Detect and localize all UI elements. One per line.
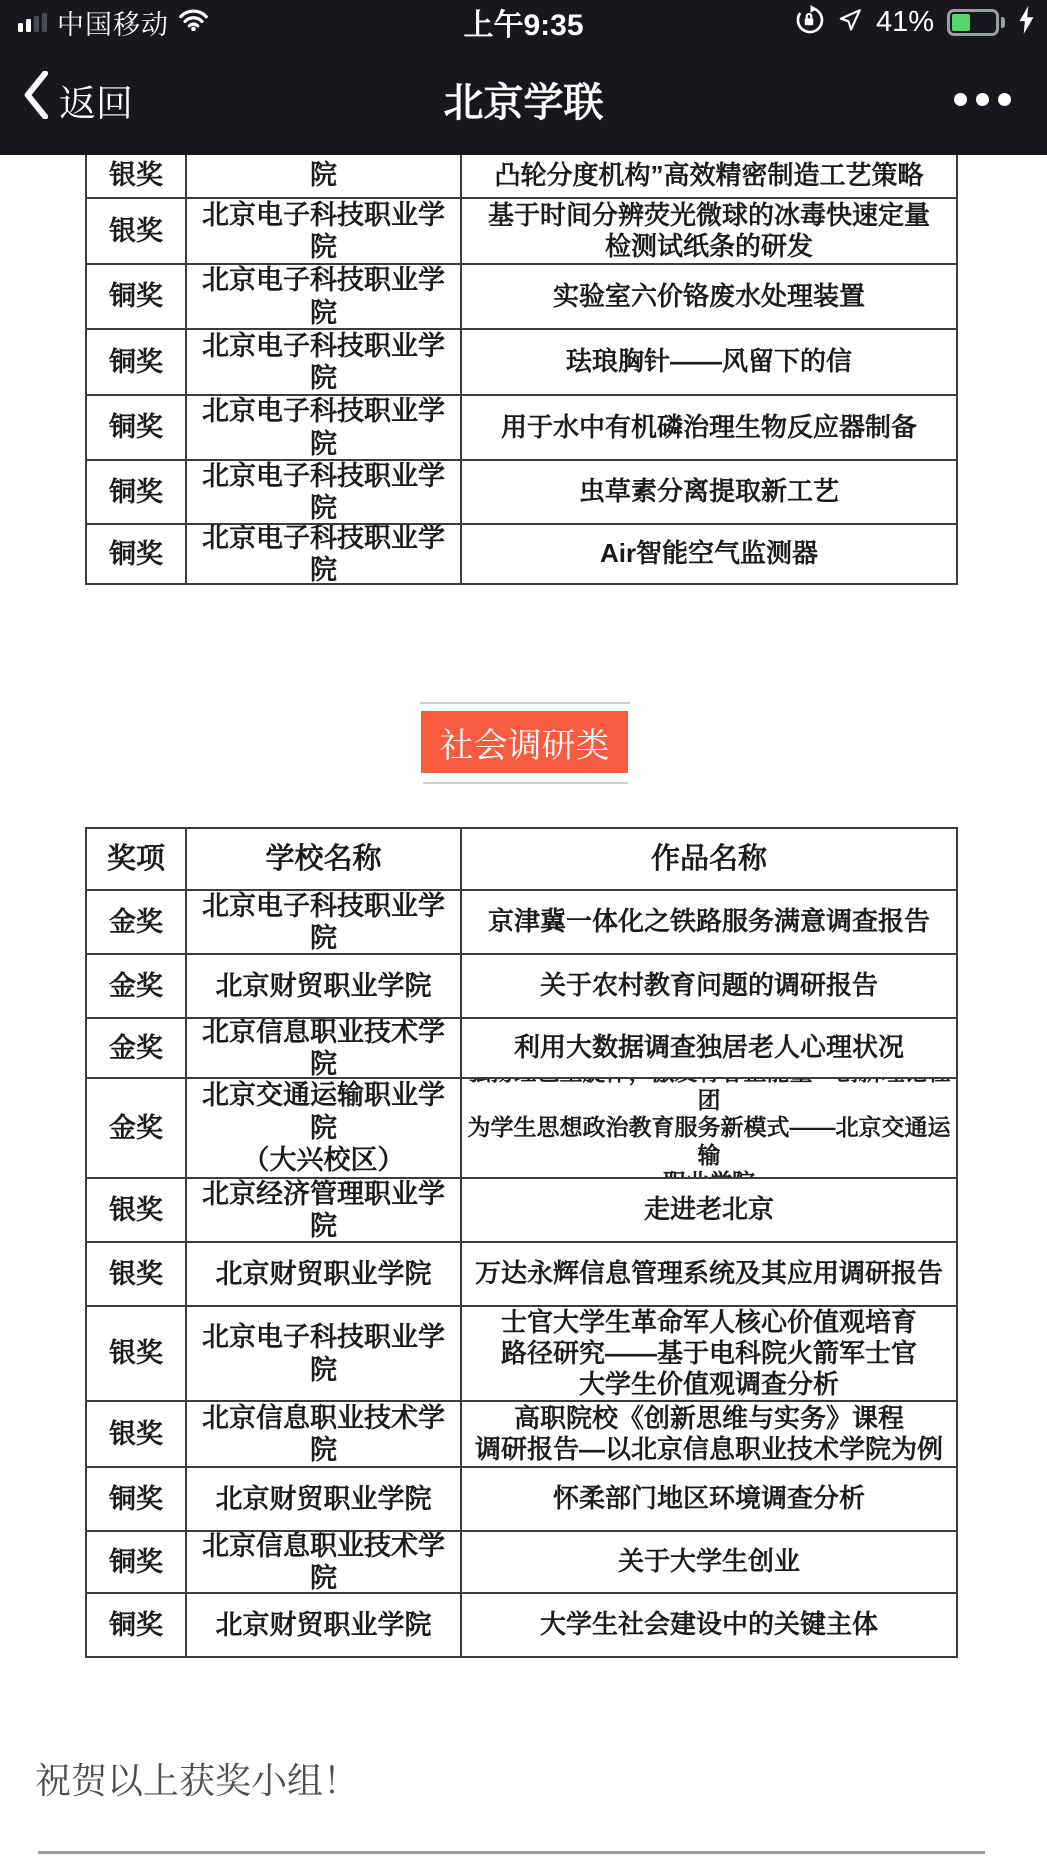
project-cell: 用于水中有机磷治理生物反应器制备 xyxy=(462,396,956,459)
table-row: 银奖北京电子科技职业学院凸轮分度机构”高效精密制造工艺策略 xyxy=(87,155,956,199)
award-cell: 铜奖 xyxy=(87,1532,187,1592)
table-header-row: 奖项 学校名称 作品名称 xyxy=(87,829,956,891)
table-row: 银奖北京电子科技职业学院基于时间分辨荧光微球的冰毒快速定量 检测试纸条的研发 xyxy=(87,199,956,265)
table-row: 金奖北京信息职业技术学院利用大数据调查独居老人心理状况 xyxy=(87,1019,956,1079)
project-cell: 关于大学生创业 xyxy=(462,1532,956,1592)
table-row: 银奖北京信息职业技术学院高职院校《创新思维与实务》课程 调研报告—以北京信息职业… xyxy=(87,1402,956,1468)
nav-bar: 返回 北京学联 xyxy=(0,44,1047,155)
more-dot xyxy=(954,93,967,106)
school-cell: 北京电子科技职业学院 xyxy=(187,461,462,523)
school-cell: 北京电子科技职业学院 xyxy=(187,265,462,328)
table-row: 银奖北京电子科技职业学院士官大学生革命军人核心价值观培育 路径研究——基于电科院… xyxy=(87,1307,956,1402)
table-row: 铜奖北京财贸职业学院怀柔部门地区环境调查分析 xyxy=(87,1468,956,1532)
badge-divider-top xyxy=(420,702,630,704)
school-cell: 北京电子科技职业学院 xyxy=(187,1307,462,1400)
table-row: 铜奖北京电子科技职业学院虫草素分离提取新工艺 xyxy=(87,461,956,525)
project-cell: 高职院校《创新思维与实务》课程 调研报告—以北京信息职业技术学院为例 xyxy=(462,1402,956,1466)
school-cell: 北京电子科技职业学院 xyxy=(187,396,462,459)
award-cell: 金奖 xyxy=(87,891,187,953)
award-cell: 铜奖 xyxy=(87,461,187,523)
project-cell: 弘扬红色主旋律，激发青春正能量—创新理论社团 为学生思想政治教育服务新模式——北… xyxy=(462,1079,956,1177)
table-row: 铜奖北京信息职业技术学院关于大学生创业 xyxy=(87,1532,956,1594)
award-cell: 银奖 xyxy=(87,1307,187,1400)
table-row: 铜奖北京财贸职业学院大学生社会建设中的关键主体 xyxy=(87,1594,956,1658)
article-content: 银奖北京电子科技职业学院凸轮分度机构”高效精密制造工艺策略银奖北京电子科技职业学… xyxy=(0,155,1047,1862)
table-row: 银奖北京经济管理职业学院走进老北京 xyxy=(87,1179,956,1243)
award-cell: 铜奖 xyxy=(87,1468,187,1530)
more-dot xyxy=(976,93,989,106)
school-cell: 北京电子科技职业学院 xyxy=(187,330,462,394)
award-cell: 金奖 xyxy=(87,1019,187,1077)
section-badge: 社会调研类 xyxy=(421,711,628,773)
project-cell: 实验室六价铬废水处理装置 xyxy=(462,265,956,328)
more-button[interactable] xyxy=(954,44,1011,155)
project-cell: 走进老北京 xyxy=(462,1179,956,1241)
award-cell: 铜奖 xyxy=(87,330,187,394)
battery-icon xyxy=(947,9,1005,36)
survey-award-table: 奖项 学校名称 作品名称 金奖北京电子科技职业学院京津冀一体化之铁路服务满意调查… xyxy=(85,827,958,1658)
rotation-lock-icon xyxy=(794,5,824,40)
charging-bolt-icon xyxy=(1018,6,1035,39)
school-cell: 北京电子科技职业学院 xyxy=(187,891,462,953)
table-row: 金奖北京财贸职业学院关于农村教育问题的调研报告 xyxy=(87,955,956,1019)
school-cell: 北京财贸职业学院 xyxy=(187,955,462,1017)
award-cell: 金奖 xyxy=(87,955,187,1017)
award-cell: 铜奖 xyxy=(87,1594,187,1656)
school-cell: 北京电子科技职业学院 xyxy=(187,199,462,263)
table-row: 铜奖北京电子科技职业学院用于水中有机磷治理生物反应器制备 xyxy=(87,396,956,461)
school-cell: 北京财贸职业学院 xyxy=(187,1594,462,1656)
school-cell: 北京财贸职业学院 xyxy=(187,1468,462,1530)
page-title: 北京学联 xyxy=(0,44,1047,155)
award-cell: 银奖 xyxy=(87,1243,187,1305)
project-cell: 凸轮分度机构”高效精密制造工艺策略 xyxy=(462,155,956,197)
award-cell: 铜奖 xyxy=(87,525,187,583)
award-cell: 银奖 xyxy=(87,1179,187,1241)
award-cell: 银奖 xyxy=(87,199,187,263)
award-cell: 铜奖 xyxy=(87,265,187,328)
project-cell: 基于时间分辨荧光微球的冰毒快速定量 检测试纸条的研发 xyxy=(462,199,956,263)
award-cell: 银奖 xyxy=(87,1402,187,1466)
table-row: 金奖北京交通运输职业学院 （大兴校区）弘扬红色主旋律，激发青春正能量—创新理论社… xyxy=(87,1079,956,1179)
school-cell: 北京信息职业技术学院 xyxy=(187,1532,462,1592)
status-bar: 中国移动 上午9:35 41% xyxy=(0,0,1047,44)
top-award-table: 银奖北京电子科技职业学院凸轮分度机构”高效精密制造工艺策略银奖北京电子科技职业学… xyxy=(85,155,958,585)
school-cell: 北京信息职业技术学院 xyxy=(187,1402,462,1466)
header-project: 作品名称 xyxy=(462,829,956,889)
school-cell: 北京电子科技职业学院 xyxy=(187,525,462,583)
school-cell: 北京电子科技职业学院 xyxy=(187,155,462,197)
battery-percent-label: 41% xyxy=(876,6,934,39)
table-row: 铜奖北京电子科技职业学院珐琅胸针——风留下的信 xyxy=(87,330,956,396)
project-cell: 珐琅胸针——风留下的信 xyxy=(462,330,956,394)
award-cell: 金奖 xyxy=(87,1079,187,1177)
award-cell: 铜奖 xyxy=(87,396,187,459)
project-cell: 士官大学生革命军人核心价值观培育 路径研究——基于电科院火箭军士官 大学生价值观… xyxy=(462,1307,956,1400)
school-cell: 北京信息职业技术学院 xyxy=(187,1019,462,1077)
project-cell: 关于农村教育问题的调研报告 xyxy=(462,955,956,1017)
bottom-divider xyxy=(38,1851,985,1854)
header-award: 奖项 xyxy=(87,829,187,889)
project-cell: 大学生社会建设中的关键主体 xyxy=(462,1594,956,1656)
award-cell: 银奖 xyxy=(87,155,187,197)
table-row: 铜奖北京电子科技职业学院Air智能空气监测器 xyxy=(87,525,956,585)
school-cell: 北京经济管理职业学院 xyxy=(187,1179,462,1241)
project-cell: 虫草素分离提取新工艺 xyxy=(462,461,956,523)
more-dot xyxy=(998,93,1011,106)
project-cell: 京津冀一体化之铁路服务满意调查报告 xyxy=(462,891,956,953)
school-cell: 北京交通运输职业学院 （大兴校区） xyxy=(187,1079,462,1177)
location-icon xyxy=(837,7,863,38)
school-cell: 北京财贸职业学院 xyxy=(187,1243,462,1305)
header-school: 学校名称 xyxy=(187,829,462,889)
table-row: 金奖北京电子科技职业学院京津冀一体化之铁路服务满意调查报告 xyxy=(87,891,956,955)
table-row: 铜奖北京电子科技职业学院实验室六价铬废水处理装置 xyxy=(87,265,956,330)
congrats-text: 祝贺以上获奖小组！ xyxy=(35,1753,359,1804)
status-right-group: 41% xyxy=(794,0,1035,44)
project-cell: 怀柔部门地区环境调查分析 xyxy=(462,1468,956,1530)
project-cell: 利用大数据调查独居老人心理状况 xyxy=(462,1019,956,1077)
badge-divider-bottom xyxy=(423,782,628,784)
table-row: 银奖北京财贸职业学院万达永辉信息管理系统及其应用调研报告 xyxy=(87,1243,956,1307)
project-cell: 万达永辉信息管理系统及其应用调研报告 xyxy=(462,1243,956,1305)
project-cell: Air智能空气监测器 xyxy=(462,525,956,583)
